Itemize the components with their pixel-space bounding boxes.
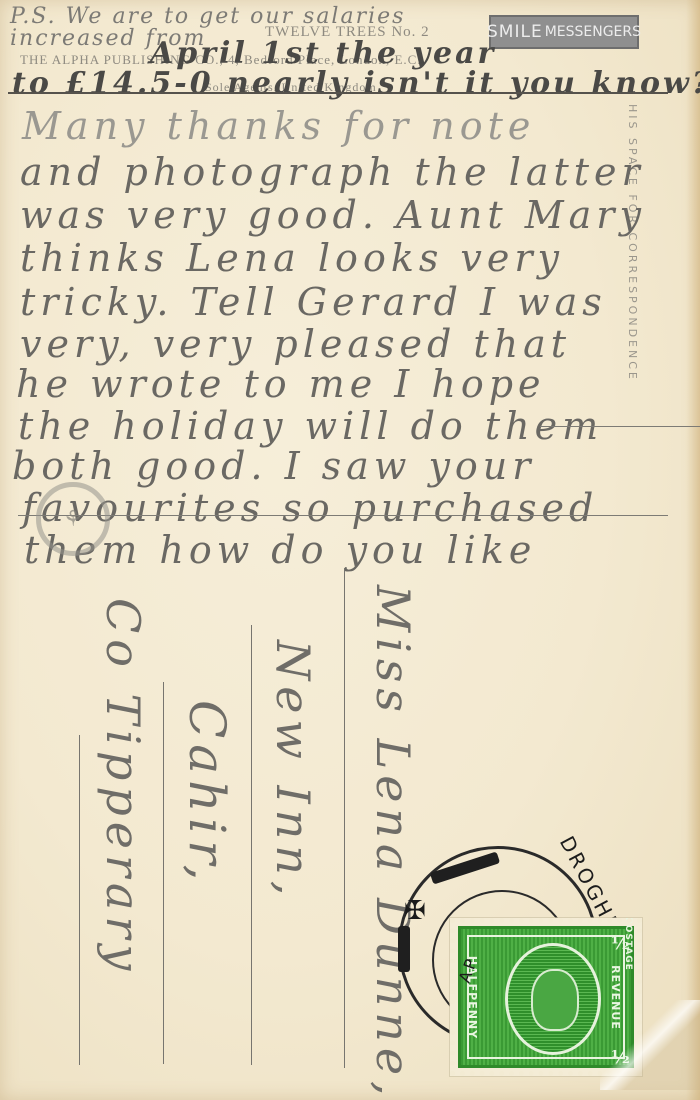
message-line-4: thinks Lena looks very xyxy=(20,236,564,280)
address-line-3: Cahir, xyxy=(178,700,236,887)
message-line-9: both good. I saw your xyxy=(12,444,535,488)
correspondence-caption: HIS SPACE FOR CORRESPONDENCE xyxy=(623,104,639,382)
message-line-7: he wrote to me I hope xyxy=(16,362,546,406)
address-line-1: Miss Lena Dunne, xyxy=(366,585,420,1100)
postmark-bar-left xyxy=(398,926,410,972)
publisher-logo-icon: ⚘ xyxy=(36,482,110,556)
message-line-8: the holiday will do them xyxy=(18,404,603,448)
smile-messengers-badge: SMILE MESSENGERS xyxy=(489,15,639,49)
card-crease xyxy=(600,1000,700,1090)
message-line-3: was very good. Aunt Mary xyxy=(20,193,646,237)
postscript-underline xyxy=(8,92,668,94)
address-rule-2 xyxy=(251,625,252,1065)
message-line-1: Many thanks for note xyxy=(22,104,535,148)
address-rule-3 xyxy=(163,682,164,1064)
maltese-cross-icon: ✠ xyxy=(404,896,426,926)
address-rule-4 xyxy=(79,735,80,1065)
message-line-5: tricky. Tell Gerard I was xyxy=(20,280,607,324)
message-underline xyxy=(18,515,668,516)
correspondence-divider-stub xyxy=(540,426,700,427)
address-rule-1 xyxy=(344,568,345,1068)
message-line-2: and photograph the latter xyxy=(20,150,645,194)
postcard-back: TWELVE TREES No. 2 THE ALPHA PUBLISHING … xyxy=(0,0,700,1100)
address-line-4: Co Tipperary xyxy=(96,598,150,976)
card-edge-stain xyxy=(686,0,700,1100)
address-line-2: New Inn, xyxy=(266,640,320,902)
badge-word-messengers: MESSENGERS xyxy=(545,24,641,40)
message-line-6: very, very pleased that xyxy=(20,322,571,366)
postscript-line-4: to £14.5-0 nearly isn't it you know? xyxy=(12,66,700,101)
